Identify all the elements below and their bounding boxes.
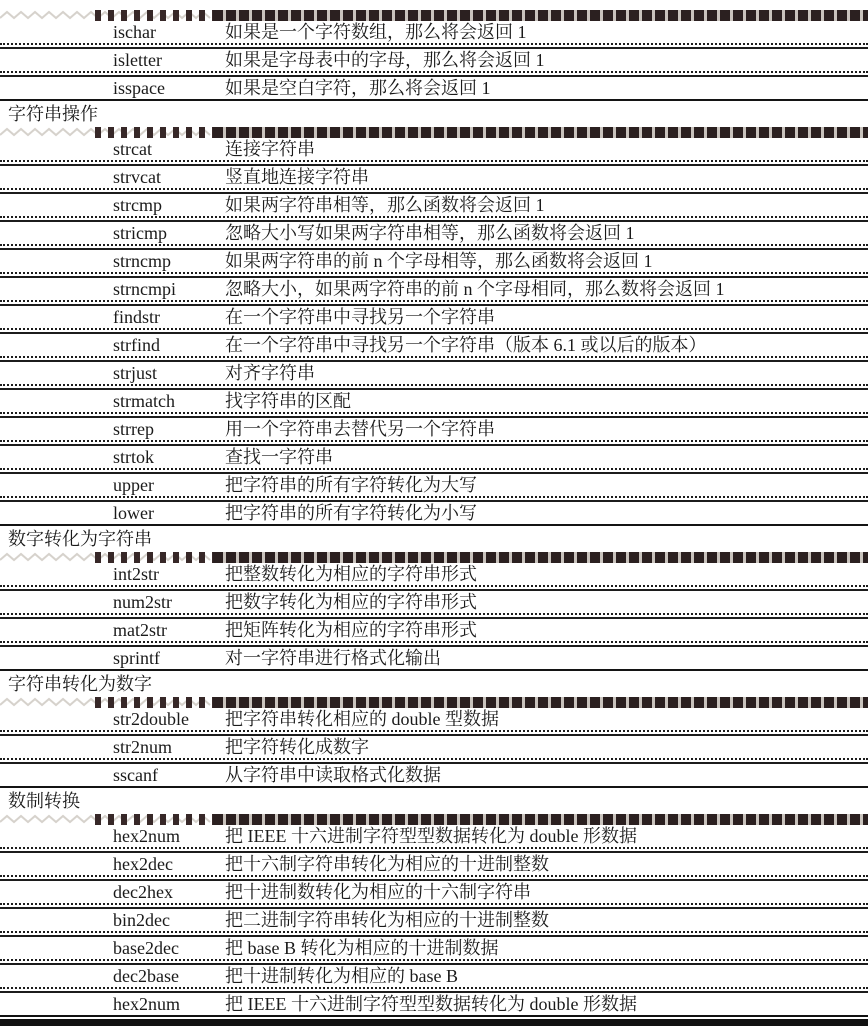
table-row: base2dec 把 base B 转化为相应的十进制数据 xyxy=(0,937,868,959)
function-description: 忽略大小，如果两字符串的前 n 个字母相同，那么数将会返回 1 xyxy=(225,278,868,300)
function-name: strtok xyxy=(113,446,225,468)
function-name: sprintf xyxy=(113,647,225,669)
table-row: int2str 把整数转化为相应的字符串形式 xyxy=(0,563,868,585)
table-bottom-border xyxy=(0,1015,868,1026)
function-description: 对一字符串进行格式化输出 xyxy=(225,647,868,669)
table-row: bin2dec 把二进制字符串转化为相应的十进制整数 xyxy=(0,909,868,931)
function-name: base2dec xyxy=(113,937,225,959)
table-row: strrep 用一个字符串去替代另一个字符串 xyxy=(0,418,868,440)
dashed-separator-band xyxy=(0,552,868,563)
table-row: dec2base 把十进制转化为相应的 base B xyxy=(0,965,868,987)
function-name: strcmp xyxy=(113,194,225,216)
function-description: 从字符串中读取格式化数据 xyxy=(225,764,868,786)
section-header-label: 数制转换 xyxy=(0,788,868,814)
function-description: 忽略大小写如果两字符串相等，那么函数将会返回 1 xyxy=(225,222,868,244)
table-row: hex2num 把 IEEE 十六进制字符型型数据转化为 double 形数据 xyxy=(0,993,868,1015)
table-row: findstr 在一个字符串中寻找另一个字符串 xyxy=(0,306,868,328)
table-row: stricmp 忽略大小写如果两字符串相等，那么函数将会返回 1 xyxy=(0,222,868,244)
function-name: strcat xyxy=(113,138,225,160)
function-name: num2str xyxy=(113,591,225,613)
function-table: ischar 如果是一个字符数组，那么将会返回 1 isletter 如果是字母… xyxy=(0,10,868,1015)
table-row: sprintf 对一字符串进行格式化输出 xyxy=(0,647,868,669)
function-name: mat2str xyxy=(113,619,225,641)
sparse-dashes xyxy=(95,10,213,21)
function-description: 如果是字母表中的字母，那么将会返回 1 xyxy=(225,49,868,71)
function-name: bin2dec xyxy=(113,909,225,931)
function-description: 把矩阵转化为相应的字符串形式 xyxy=(225,619,868,641)
dense-dashes xyxy=(213,552,868,563)
function-name: ischar xyxy=(113,21,225,43)
function-description: 在一个字符串中寻找另一个字符串 xyxy=(225,306,868,328)
function-description: 把 IEEE 十六进制字符型型数据转化为 double 形数据 xyxy=(225,825,868,847)
function-name: isspace xyxy=(113,77,225,99)
function-description: 把十六制字符串转化为相应的十进制整数 xyxy=(225,853,868,875)
sparse-dashes xyxy=(95,814,213,825)
table-row: str2double 把字符串转化相应的 double 型数据 xyxy=(0,708,868,730)
function-description: 把字符串的所有字符转化为小写 xyxy=(225,502,868,524)
function-name: strncmp xyxy=(113,250,225,272)
function-name: str2num xyxy=(113,736,225,758)
table-row: dec2hex 把十进制数转化为相应的十六制字符串 xyxy=(0,881,868,903)
section-header-label: 数字转化为字符串 xyxy=(0,526,868,552)
table-row: strcmp 如果两字符串相等，那么函数将会返回 1 xyxy=(0,194,868,216)
function-name: strjust xyxy=(113,362,225,384)
function-name: str2double xyxy=(113,708,225,730)
table-row: isletter 如果是字母表中的字母，那么将会返回 1 xyxy=(0,49,868,71)
function-description: 把二进制字符串转化为相应的十进制整数 xyxy=(225,909,868,931)
section-header: 数字转化为字符串 xyxy=(0,524,868,552)
section-header: 字符串操作 xyxy=(0,99,868,127)
dense-dashes xyxy=(213,814,868,825)
table-row: strjust 对齐字符串 xyxy=(0,362,868,384)
function-description: 如果两字符串相等，那么函数将会返回 1 xyxy=(225,194,868,216)
function-description: 对齐字符串 xyxy=(225,362,868,384)
table-row: strvcat 竖直地连接字符串 xyxy=(0,166,868,188)
function-description: 竖直地连接字符串 xyxy=(225,166,868,188)
function-name: isletter xyxy=(113,49,225,71)
function-description: 如果两字符串的前 n 个字母相等，那么函数将会返回 1 xyxy=(225,250,868,272)
dashed-separator-band xyxy=(0,127,868,138)
table-row: sscanf 从字符串中读取格式化数据 xyxy=(0,764,868,786)
dashed-separator-band xyxy=(0,10,868,21)
function-description: 把整数转化为相应的字符串形式 xyxy=(225,563,868,585)
function-description: 连接字符串 xyxy=(225,138,868,160)
document-page: ischar 如果是一个字符数组，那么将会返回 1 isletter 如果是字母… xyxy=(0,0,868,1026)
dense-dashes xyxy=(213,127,868,138)
bottom-thick-rule xyxy=(0,1019,868,1026)
function-name: strfind xyxy=(113,334,225,356)
table-row: strfind 在一个字符串中寻找另一个字符串（版本 6.1 或以后的版本） xyxy=(0,334,868,356)
function-description: 把字符串转化相应的 double 型数据 xyxy=(225,708,868,730)
table-row: mat2str 把矩阵转化为相应的字符串形式 xyxy=(0,619,868,641)
table-row: strncmpi 忽略大小，如果两字符串的前 n 个字母相同，那么数将会返回 1 xyxy=(0,278,868,300)
table-row: strmatch 找字符串的区配 xyxy=(0,390,868,412)
table-row: isspace 如果是空白字符，那么将会返回 1 xyxy=(0,77,868,99)
table-row: hex2dec 把十六制字符串转化为相应的十进制整数 xyxy=(0,853,868,875)
table-row: str2num 把字符转化成数字 xyxy=(0,736,868,758)
section-header: 数制转换 xyxy=(0,786,868,814)
function-description: 如果是一个字符数组，那么将会返回 1 xyxy=(225,21,868,43)
function-name: strmatch xyxy=(113,390,225,412)
function-description: 把 base B 转化为相应的十进制数据 xyxy=(225,937,868,959)
section-header-label: 字符串转化为数字 xyxy=(0,671,868,697)
function-name: lower xyxy=(113,502,225,524)
function-description: 把十进制转化为相应的 base B xyxy=(225,965,868,987)
function-name: sscanf xyxy=(113,764,225,786)
dashed-separator-band xyxy=(0,814,868,825)
function-name: dec2hex xyxy=(113,881,225,903)
dashed-separator-band xyxy=(0,697,868,708)
function-name: strncmpi xyxy=(113,278,225,300)
sparse-dashes xyxy=(95,552,213,563)
function-name: hex2num xyxy=(113,825,225,847)
sparse-dashes xyxy=(95,127,213,138)
function-name: stricmp xyxy=(113,222,225,244)
function-description: 查找一字符串 xyxy=(225,446,868,468)
function-name: int2str xyxy=(113,563,225,585)
table-row: strtok 查找一字符串 xyxy=(0,446,868,468)
function-name: upper xyxy=(113,474,225,496)
function-description: 把 IEEE 十六进制字符型型数据转化为 double 形数据 xyxy=(225,993,868,1015)
sparse-dashes xyxy=(95,697,213,708)
function-description: 找字符串的区配 xyxy=(225,390,868,412)
function-name: strrep xyxy=(113,418,225,440)
function-name: strvcat xyxy=(113,166,225,188)
function-description: 如果是空白字符，那么将会返回 1 xyxy=(225,77,868,99)
table-row: lower 把字符串的所有字符转化为小写 xyxy=(0,502,868,524)
function-description: 在一个字符串中寻找另一个字符串（版本 6.1 或以后的版本） xyxy=(225,334,868,356)
section-header-label: 字符串操作 xyxy=(0,101,868,127)
table-row: strcat 连接字符串 xyxy=(0,138,868,160)
table-row: strncmp 如果两字符串的前 n 个字母相等，那么函数将会返回 1 xyxy=(0,250,868,272)
function-name: findstr xyxy=(113,306,225,328)
table-row: hex2num 把 IEEE 十六进制字符型型数据转化为 double 形数据 xyxy=(0,825,868,847)
function-description: 把数字转化为相应的字符串形式 xyxy=(225,591,868,613)
table-row: upper 把字符串的所有字符转化为大写 xyxy=(0,474,868,496)
function-description: 把十进制数转化为相应的十六制字符串 xyxy=(225,881,868,903)
dense-dashes xyxy=(213,697,868,708)
table-row: ischar 如果是一个字符数组，那么将会返回 1 xyxy=(0,21,868,43)
table-row: num2str 把数字转化为相应的字符串形式 xyxy=(0,591,868,613)
section-header: 字符串转化为数字 xyxy=(0,669,868,697)
function-description: 把字符串的所有字符转化为大写 xyxy=(225,474,868,496)
dense-dashes xyxy=(213,10,868,21)
function-name: dec2base xyxy=(113,965,225,987)
function-name: hex2dec xyxy=(113,853,225,875)
function-description: 用一个字符串去替代另一个字符串 xyxy=(225,418,868,440)
function-description: 把字符转化成数字 xyxy=(225,736,868,758)
function-name: hex2num xyxy=(113,993,225,1015)
